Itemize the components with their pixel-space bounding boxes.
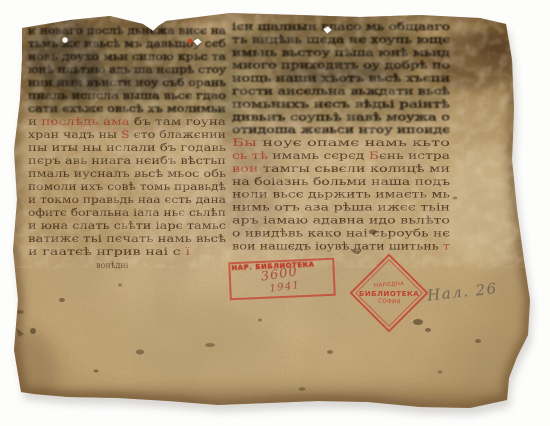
stamp-diamond-text: НАРОДНА БИБЛИОТЕКА СОФИЯ — [350, 254, 428, 332]
stamp-diamond-top-word: НАРОДНА — [374, 280, 405, 288]
stamp-diamond-bottom-word: СОФИЯ — [377, 298, 400, 305]
wear-overlay — [0, 8, 550, 268]
red-ink-spot — [187, 38, 192, 43]
parchment-surface: и новаго послѣ дьнєжа висє натьмь жє ивь… — [0, 0, 550, 426]
parchment-artwork: и новаго послѣ дьнєжа висє натьмь жє ивь… — [0, 0, 550, 426]
manuscript-photo: и новаго послѣ дьнєжа висє натьмь жє ивь… — [0, 0, 550, 426]
library-stamp-rectangular: НАР. БИБЛИОТЕКА 3600 1941 — [228, 258, 336, 301]
library-stamp-diamond: НАРОДНА БИБЛИОТЕКА СОФИЯ — [350, 254, 428, 332]
stamp-diamond-middle-word: БИБЛИОТЕКА — [359, 289, 419, 298]
